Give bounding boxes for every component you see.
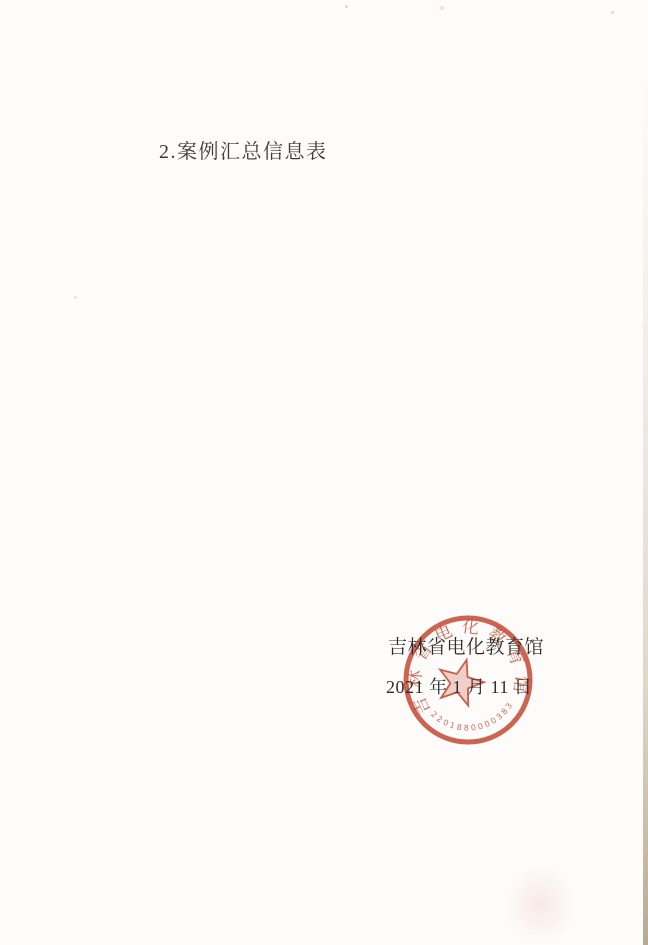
scan-speck xyxy=(611,11,614,14)
scan-smudge-artifact xyxy=(505,865,575,945)
document-page: 2.案例汇总信息表 吉林省电化教育馆 2201880000383 吉林省电化教育… xyxy=(0,0,648,945)
scan-speck xyxy=(440,6,444,10)
org-name-text: 吉林省电化教育馆 xyxy=(388,637,544,659)
scan-page-edge-artifact xyxy=(643,70,648,945)
scan-speck xyxy=(74,296,77,299)
scan-speck xyxy=(345,5,348,8)
date-text: 2021 年 1 月 11 日 xyxy=(386,676,532,698)
section-heading: 2.案例汇总信息表 xyxy=(159,139,328,165)
